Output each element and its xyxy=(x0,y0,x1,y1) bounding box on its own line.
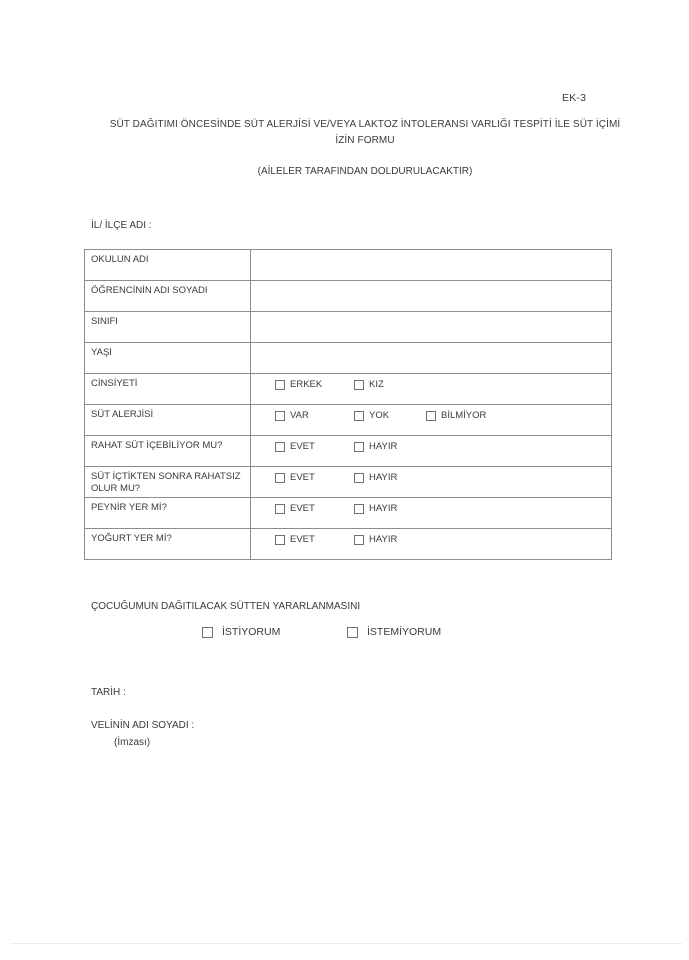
checkbox-label: YOK xyxy=(369,410,389,422)
checkbox-option[interactable]: EVET xyxy=(275,503,354,515)
checkbox-option[interactable]: BİLMİYOR xyxy=(426,410,486,422)
checkbox-icon[interactable] xyxy=(275,411,285,421)
field-value-input[interactable] xyxy=(251,250,612,281)
field-label: OKULUN ADI xyxy=(85,250,251,281)
checkbox-label: KIZ xyxy=(369,379,384,391)
field-label: SÜT ALERJİSİ xyxy=(85,405,251,436)
checkbox-option[interactable]: KIZ xyxy=(354,379,426,391)
field-value-input[interactable] xyxy=(251,281,612,312)
checkbox-option[interactable]: VAR xyxy=(275,410,354,422)
form-title-line-2: İZİN FORMU xyxy=(60,133,670,149)
field-options: ERKEKKIZ xyxy=(251,374,612,405)
page-edge-divider xyxy=(10,943,682,944)
table-row: YAŞI xyxy=(85,343,612,374)
checkbox-icon[interactable] xyxy=(354,504,364,514)
checkbox-label: VAR xyxy=(290,410,309,422)
field-value-input[interactable] xyxy=(251,343,612,374)
field-value-input[interactable] xyxy=(251,312,612,343)
checkbox-option[interactable]: EVET xyxy=(275,472,354,484)
consent-option-label: İSTEMİYORUM xyxy=(367,626,441,638)
parent-name-label: VELİNİN ADI SOYADI : xyxy=(91,720,194,731)
field-options: EVETHAYIR xyxy=(251,529,612,560)
checkbox-label: EVET xyxy=(290,472,315,484)
checkbox-icon[interactable] xyxy=(354,442,364,452)
consent-options: İSTİYORUM İSTEMİYORUM xyxy=(202,626,492,638)
field-label: SÜT İÇTİKTEN SONRA RAHATSIZ OLUR MU? xyxy=(85,467,251,498)
checkbox-label: ERKEK xyxy=(290,379,322,391)
field-label: ÖĞRENCİNİN ADI SOYADI xyxy=(85,281,251,312)
student-info-table: OKULUN ADIÖĞRENCİNİN ADI SOYADISINIFIYAŞ… xyxy=(84,249,612,560)
consent-option-label: İSTİYORUM xyxy=(222,626,280,638)
checkbox-option[interactable]: ERKEK xyxy=(275,379,354,391)
field-options: VARYOKBİLMİYOR xyxy=(251,405,612,436)
province-district-label: İL/ İLÇE ADI : xyxy=(91,220,152,231)
table-row: SÜT İÇTİKTEN SONRA RAHATSIZ OLUR MU?EVET… xyxy=(85,467,612,498)
form-title-line-1: SÜT DAĞITIMI ÖNCESİNDE SÜT ALERJİSİ VE/V… xyxy=(60,117,670,133)
field-label: CİNSİYETİ xyxy=(85,374,251,405)
checkbox-label: HAYIR xyxy=(369,441,397,453)
checkbox-label: EVET xyxy=(290,534,315,546)
table-row: RAHAT SÜT İÇEBİLİYOR MU?EVETHAYIR xyxy=(85,436,612,467)
checkbox-label: HAYIR xyxy=(369,472,397,484)
checkbox-option[interactable]: HAYIR xyxy=(354,534,426,546)
checkbox-label: HAYIR xyxy=(369,534,397,546)
form-title: SÜT DAĞITIMI ÖNCESİNDE SÜT ALERJİSİ VE/V… xyxy=(60,117,670,149)
form-subtitle: (AİLELER TARAFINDAN DOLDURULACAKTIR) xyxy=(60,166,670,177)
field-options: EVETHAYIR xyxy=(251,498,612,529)
checkbox-label: HAYIR xyxy=(369,503,397,515)
checkbox-icon[interactable] xyxy=(354,473,364,483)
signature-label: (İmzası) xyxy=(114,737,150,748)
checkbox-icon[interactable] xyxy=(275,473,285,483)
consent-option-accept[interactable]: İSTİYORUM xyxy=(202,626,347,638)
checkbox-option[interactable]: EVET xyxy=(275,441,354,453)
field-label: PEYNİR YER Mİ? xyxy=(85,498,251,529)
table-row: YOĞURT YER Mİ?EVETHAYIR xyxy=(85,529,612,560)
checkbox-icon[interactable] xyxy=(275,380,285,390)
checkbox-icon[interactable] xyxy=(275,442,285,452)
checkbox-icon[interactable] xyxy=(354,411,364,421)
checkbox-option[interactable]: EVET xyxy=(275,534,354,546)
field-options: EVETHAYIR xyxy=(251,467,612,498)
checkbox-option[interactable]: HAYIR xyxy=(354,503,426,515)
checkbox-icon[interactable] xyxy=(354,535,364,545)
checkbox-icon[interactable] xyxy=(275,504,285,514)
table-row: OKULUN ADI xyxy=(85,250,612,281)
checkbox-label: EVET xyxy=(290,503,315,515)
table-row: PEYNİR YER Mİ?EVETHAYIR xyxy=(85,498,612,529)
checkbox-option[interactable]: HAYIR xyxy=(354,472,426,484)
checkbox-icon[interactable] xyxy=(347,627,358,638)
table-row: CİNSİYETİERKEKKIZ xyxy=(85,374,612,405)
table-row: SINIFI xyxy=(85,312,612,343)
table-row: ÖĞRENCİNİN ADI SOYADI xyxy=(85,281,612,312)
checkbox-icon[interactable] xyxy=(354,380,364,390)
field-label: RAHAT SÜT İÇEBİLİYOR MU? xyxy=(85,436,251,467)
checkbox-icon[interactable] xyxy=(426,411,436,421)
checkbox-option[interactable]: YOK xyxy=(354,410,426,422)
date-label: TARİH : xyxy=(91,687,126,698)
field-label: YAŞI xyxy=(85,343,251,374)
checkbox-label: EVET xyxy=(290,441,315,453)
checkbox-label: BİLMİYOR xyxy=(441,410,486,422)
consent-question: ÇOCUĞUMUN DAĞITILACAK SÜTTEN YARARLANMAS… xyxy=(91,601,360,612)
checkbox-icon[interactable] xyxy=(202,627,213,638)
field-options: EVETHAYIR xyxy=(251,436,612,467)
document-code: EK-3 xyxy=(562,92,586,104)
checkbox-icon[interactable] xyxy=(275,535,285,545)
field-label: YOĞURT YER Mİ? xyxy=(85,529,251,560)
field-label: SINIFI xyxy=(85,312,251,343)
consent-option-decline[interactable]: İSTEMİYORUM xyxy=(347,626,492,638)
checkbox-option[interactable]: HAYIR xyxy=(354,441,426,453)
table-row: SÜT ALERJİSİVARYOKBİLMİYOR xyxy=(85,405,612,436)
